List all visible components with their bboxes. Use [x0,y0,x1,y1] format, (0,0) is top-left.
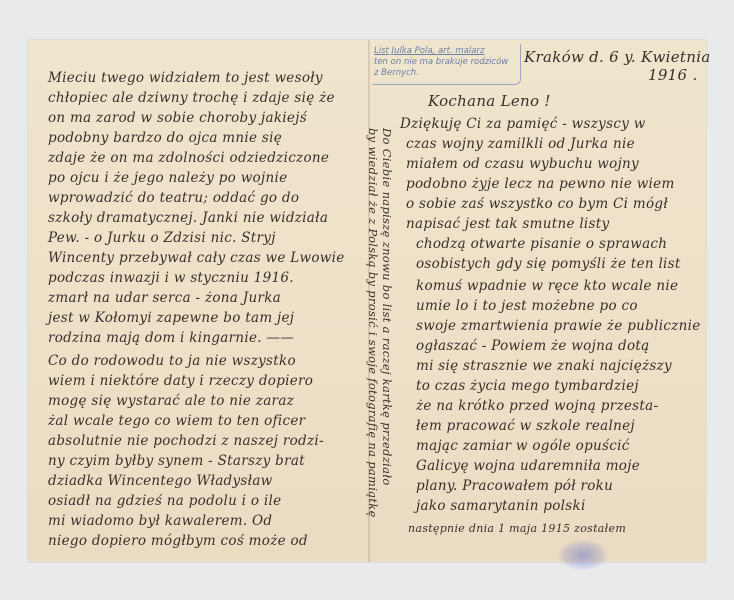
right-line: swoje zmartwienia prawie że publicznie [416,318,701,334]
margin-vertical-line: by wiedział że z Polską by prosić i swoj… [366,128,380,518]
archive-note-line: List Julka Pola, art. malarz [374,46,514,57]
right-line: osobistych gdy się pomyśli że ten list [416,256,681,272]
ink-stain [558,540,608,570]
left-line: wiem i niektóre daty i rzeczy dopiero [48,373,313,389]
left-line: dziadka Wincentego Władysław [48,473,273,489]
right-line: to czas życia mego tymbardziej [416,378,639,394]
right-line: umie lo i to jest możebne po co [416,298,638,314]
left-line: osiadł na gdzieś na podolu i o ile [48,493,281,509]
right-line: Galicyę wojna udaremniła moje [416,458,640,474]
left-line: wprowadzić do teatru; oddać go do [48,190,299,206]
left-line: ny czyim byłby synem - Starszy brat [48,453,305,469]
left-line: chłopiec ale dziwny trochę i zdaje się ż… [48,90,335,106]
margin-vertical-line: Do Ciebie napiszę znowu bo list a raczej… [380,128,394,486]
left-line: Wincenty przebywał cały czas we Lwowie [48,250,345,266]
right-line: mając zamiar w ogóle opuścić [416,438,630,454]
archive-note-line: z Bernych. [374,68,514,79]
right-line: ogłaszać - Powiem że wojna dotą [416,338,649,354]
right-line: komuś wpadnie w ręce kto wcale nie [416,278,678,294]
letter-paper: List Julka Pola, art. malarz ten on nie … [28,40,706,562]
right-line: napisać jest tak smutne listy [406,216,609,232]
right-line: łem pracować w szkole realnej [416,418,635,434]
left-line: mi wiadomo był kawalerem. Od [48,513,272,529]
left-line: zdaje że on ma zdolności odziedziczone [48,150,329,166]
greeting: Kochana Leno ! [428,92,551,110]
letter-year: 1916 . [648,66,698,84]
right-line: o sobie zaś wszystko co bym Ci mógł [406,196,668,212]
place-date: Kraków d. 6 y. Kwietnia [524,48,711,66]
archive-note-line: ten on nie ma brakuje rodziców [374,57,514,68]
left-line: zmarł na udar serca - żona Jurka [48,290,281,306]
left-line: Mieciu twego widziałem to jest wesoły [48,70,323,86]
left-line: mogę się wystarać ale to nie zaraz [48,393,294,409]
left-line: Co do rodowodu to ja nie wszystko [48,353,296,369]
left-line: szkoły dramatycznej. Janki nie widziała [48,210,328,226]
right-line: chodzą otwarte pisanie o sprawach [416,236,667,252]
right-line: podobno żyje lecz na pewno nie wiem [406,176,675,192]
left-line: rodzina mają dom i kingarnie. —— [48,330,294,346]
left-line: niego dopiero mógłbym coś może od [48,533,308,549]
right-line: następnie dnia 1 maja 1915 zostałem [408,522,626,535]
left-line: po ojcu i że jego należy po wojnie [48,170,287,186]
left-line: jest w Kołomyi zapewne bo tam jej [48,310,294,326]
left-line: on ma zarod w sobie choroby jakiejś [48,110,307,126]
left-line: absolutnie nie pochodzi z naszej rodzi- [48,433,324,449]
archive-pencil-note: List Julka Pola, art. malarz ten on nie … [374,46,514,79]
right-line: mi się strasznie we znaki najcięższy [416,358,672,374]
right-line: czas wojny zamilkli od Jurka nie [406,136,635,152]
left-line: Pew. - o Jurku o Zdzisi nic. Stryj [48,230,276,246]
left-line: podobny bardzo do ojca mnie się [48,130,282,146]
left-line: żal wcale tego co wiem to ten oficer [48,413,305,429]
right-line: miałem od czasu wybuchu wojny [406,156,639,172]
right-line: jako samarytanin polski [416,498,586,514]
left-line: podczas inwazji i w styczniu 1916. [48,270,294,286]
right-line: że na krótko przed wojną przesta- [416,398,658,414]
right-line: Dziękuję Ci za pamięć - wszyscy w [400,116,646,132]
right-line: plany. Pracowałem pół roku [416,478,613,494]
